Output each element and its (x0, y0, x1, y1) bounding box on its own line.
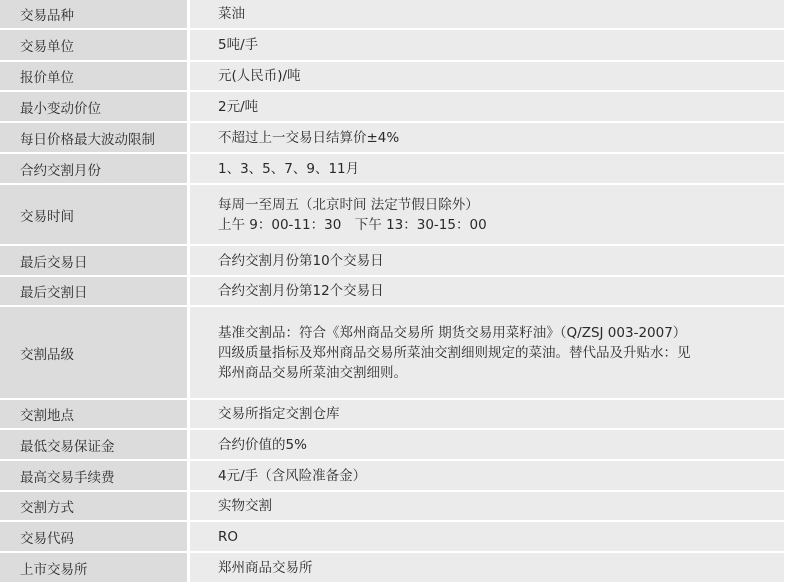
value-line: 郑州商品交易所 (218, 558, 784, 578)
value-line: 合约价值的5% (218, 435, 784, 455)
value-line: 实物交割 (218, 496, 784, 516)
row-value: 4元/手（含风险准备金） (190, 461, 784, 490)
table-row: 上市交易所郑州商品交易所 (0, 553, 786, 582)
row-value: 合约交割月份第12个交易日 (190, 277, 784, 305)
value-line: 上午 9：00-11：30 下午 13：30-15：00 (218, 215, 784, 235)
value-line: 交易所指定交割仓库 (218, 404, 784, 424)
value-line: 1、3、5、7、9、11月 (218, 159, 784, 179)
table-row: 报价单位元(人民币)/吨 (0, 62, 786, 90)
row-value: 2元/吨 (190, 92, 784, 121)
table-row: 交易代码RO (0, 522, 786, 551)
value-line: 合约交割月份第10个交易日 (218, 251, 784, 271)
table-row: 最小变动价位2元/吨 (0, 92, 786, 121)
value-line: 元(人民币)/吨 (218, 66, 784, 86)
row-label: 交易时间 (0, 185, 187, 244)
row-label: 最高交易手续费 (0, 461, 187, 490)
row-value: 实物交割 (190, 492, 784, 520)
table-row: 最低交易保证金合约价值的5% (0, 430, 786, 459)
table-row: 交易品种菜油 (0, 0, 786, 28)
table-row: 合约交割月份1、3、5、7、9、11月 (0, 154, 786, 183)
row-value: 每周一至周五（北京时间 法定节假日除外）上午 9：00-11：30 下午 13：… (190, 185, 784, 244)
value-line: 四级质量指标及郑州商品交易所菜油交割细则规定的菜油。替代品及升贴水：见 (218, 343, 784, 363)
value-line: 4元/手（含风险准备金） (218, 466, 784, 486)
value-line: 2元/吨 (218, 97, 784, 117)
row-value: 元(人民币)/吨 (190, 62, 784, 90)
row-label: 每日价格最大波动限制 (0, 123, 187, 152)
row-value: 交易所指定交割仓库 (190, 400, 784, 428)
row-value: 5吨/手 (190, 30, 784, 60)
table-row: 交割方式实物交割 (0, 492, 786, 520)
row-value: 菜油 (190, 0, 784, 28)
row-label: 交割地点 (0, 400, 187, 428)
row-label: 交割品级 (0, 307, 187, 398)
row-label: 报价单位 (0, 62, 187, 90)
row-value: 不超过上一交易日结算价±4% (190, 123, 784, 152)
row-value: 郑州商品交易所 (190, 553, 784, 582)
table-row: 交割品级基准交割品：符合《郑州商品交易所 期货交易用菜籽油》（Q/ZSJ 003… (0, 307, 786, 398)
table-row: 最后交易日合约交割月份第10个交易日 (0, 246, 786, 275)
row-label: 上市交易所 (0, 553, 187, 582)
row-label: 最后交易日 (0, 246, 187, 275)
value-line: 合约交割月份第12个交易日 (218, 281, 784, 301)
value-line: 郑州商品交易所菜油交割细则。 (218, 363, 784, 383)
row-label: 最后交割日 (0, 277, 187, 305)
row-label: 交易单位 (0, 30, 187, 60)
row-label: 最小变动价位 (0, 92, 187, 121)
contract-spec-table: 交易品种菜油交易单位5吨/手报价单位元(人民币)/吨最小变动价位2元/吨每日价格… (0, 0, 786, 582)
value-line: 不超过上一交易日结算价±4% (218, 128, 784, 148)
row-label: 交易品种 (0, 0, 187, 28)
row-value: 基准交割品：符合《郑州商品交易所 期货交易用菜籽油》（Q/ZSJ 003-200… (190, 307, 784, 398)
value-line: 每周一至周五（北京时间 法定节假日除外） (218, 195, 784, 215)
table-row: 交易时间每周一至周五（北京时间 法定节假日除外）上午 9：00-11：30 下午… (0, 185, 786, 244)
table-row: 交易单位5吨/手 (0, 30, 786, 60)
table-row: 交割地点交易所指定交割仓库 (0, 400, 786, 428)
row-label: 最低交易保证金 (0, 430, 187, 459)
row-value: 1、3、5、7、9、11月 (190, 154, 784, 183)
value-line: 菜油 (218, 4, 784, 24)
table-row: 最后交割日合约交割月份第12个交易日 (0, 277, 786, 305)
value-line: RO (218, 527, 784, 547)
row-value: 合约交割月份第10个交易日 (190, 246, 784, 275)
value-line: 5吨/手 (218, 35, 784, 55)
table-row: 每日价格最大波动限制不超过上一交易日结算价±4% (0, 123, 786, 152)
row-label: 交易代码 (0, 522, 187, 551)
value-line: 基准交割品：符合《郑州商品交易所 期货交易用菜籽油》（Q/ZSJ 003-200… (218, 323, 784, 343)
row-value: RO (190, 522, 784, 551)
row-label: 交割方式 (0, 492, 187, 520)
row-value: 合约价值的5% (190, 430, 784, 459)
row-label: 合约交割月份 (0, 154, 187, 183)
table-row: 最高交易手续费4元/手（含风险准备金） (0, 461, 786, 490)
